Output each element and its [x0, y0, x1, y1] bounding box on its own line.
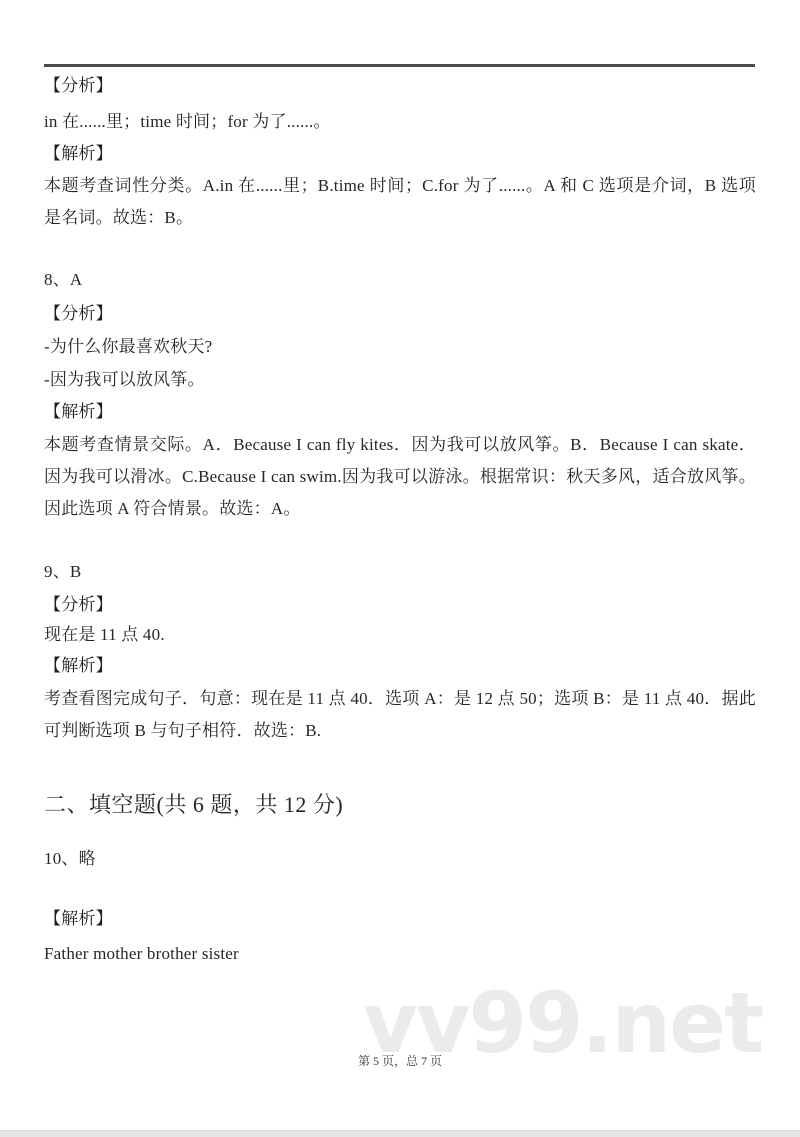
explanation-text-q9: 考查看图完成句子．句意：现在是 11 点 40．选项 A：是 12 点 50；选… — [44, 683, 756, 747]
analysis-label-q8: 【分析】 — [44, 298, 756, 330]
explanation-label-q10: 【解析】 — [44, 903, 756, 935]
analysis-label-q9: 【分析】 — [44, 589, 756, 621]
dialogue-line-1-q8: -为什么你最喜欢秋天? — [44, 331, 756, 363]
header-rule — [44, 64, 755, 67]
explanation-text-q7: 本题考查词性分类。A.in 在......里；B.time 时间；C.for 为… — [44, 170, 756, 234]
bottom-edge-bar — [0, 1130, 800, 1137]
answer-line-q10: 10、略 — [44, 843, 756, 875]
dialogue-line-2-q8: -因为我可以放风筝。 — [44, 364, 756, 396]
analysis-text-q9: 现在是 11 点 40. — [44, 619, 756, 651]
explanation-label-q7: 【解析】 — [44, 138, 756, 170]
explanation-label-q8: 【解析】 — [44, 396, 756, 428]
document-page: vv99.net 【分析】 in 在......里；time 时间；for 为了… — [0, 0, 800, 1137]
page-number-footer: 第 5 页，总 7 页 — [0, 1053, 800, 1069]
analysis-text-q7: in 在......里；time 时间；for 为了......。 — [44, 106, 756, 138]
answer-line-q8: 8、A — [44, 264, 756, 296]
answer-line-q9: 9、B — [44, 556, 756, 588]
explanation-text-q8: 本题考查情景交际。A．Because I can fly kites．因为我可以… — [44, 429, 756, 525]
section-heading-fill-blanks: 二、填空题(共 6 题，共 12 分) — [44, 790, 756, 820]
explanation-text-q10: Father mother brother sister — [44, 938, 756, 970]
analysis-label-q7: 【分析】 — [44, 70, 756, 102]
explanation-label-q9: 【解析】 — [44, 650, 756, 682]
